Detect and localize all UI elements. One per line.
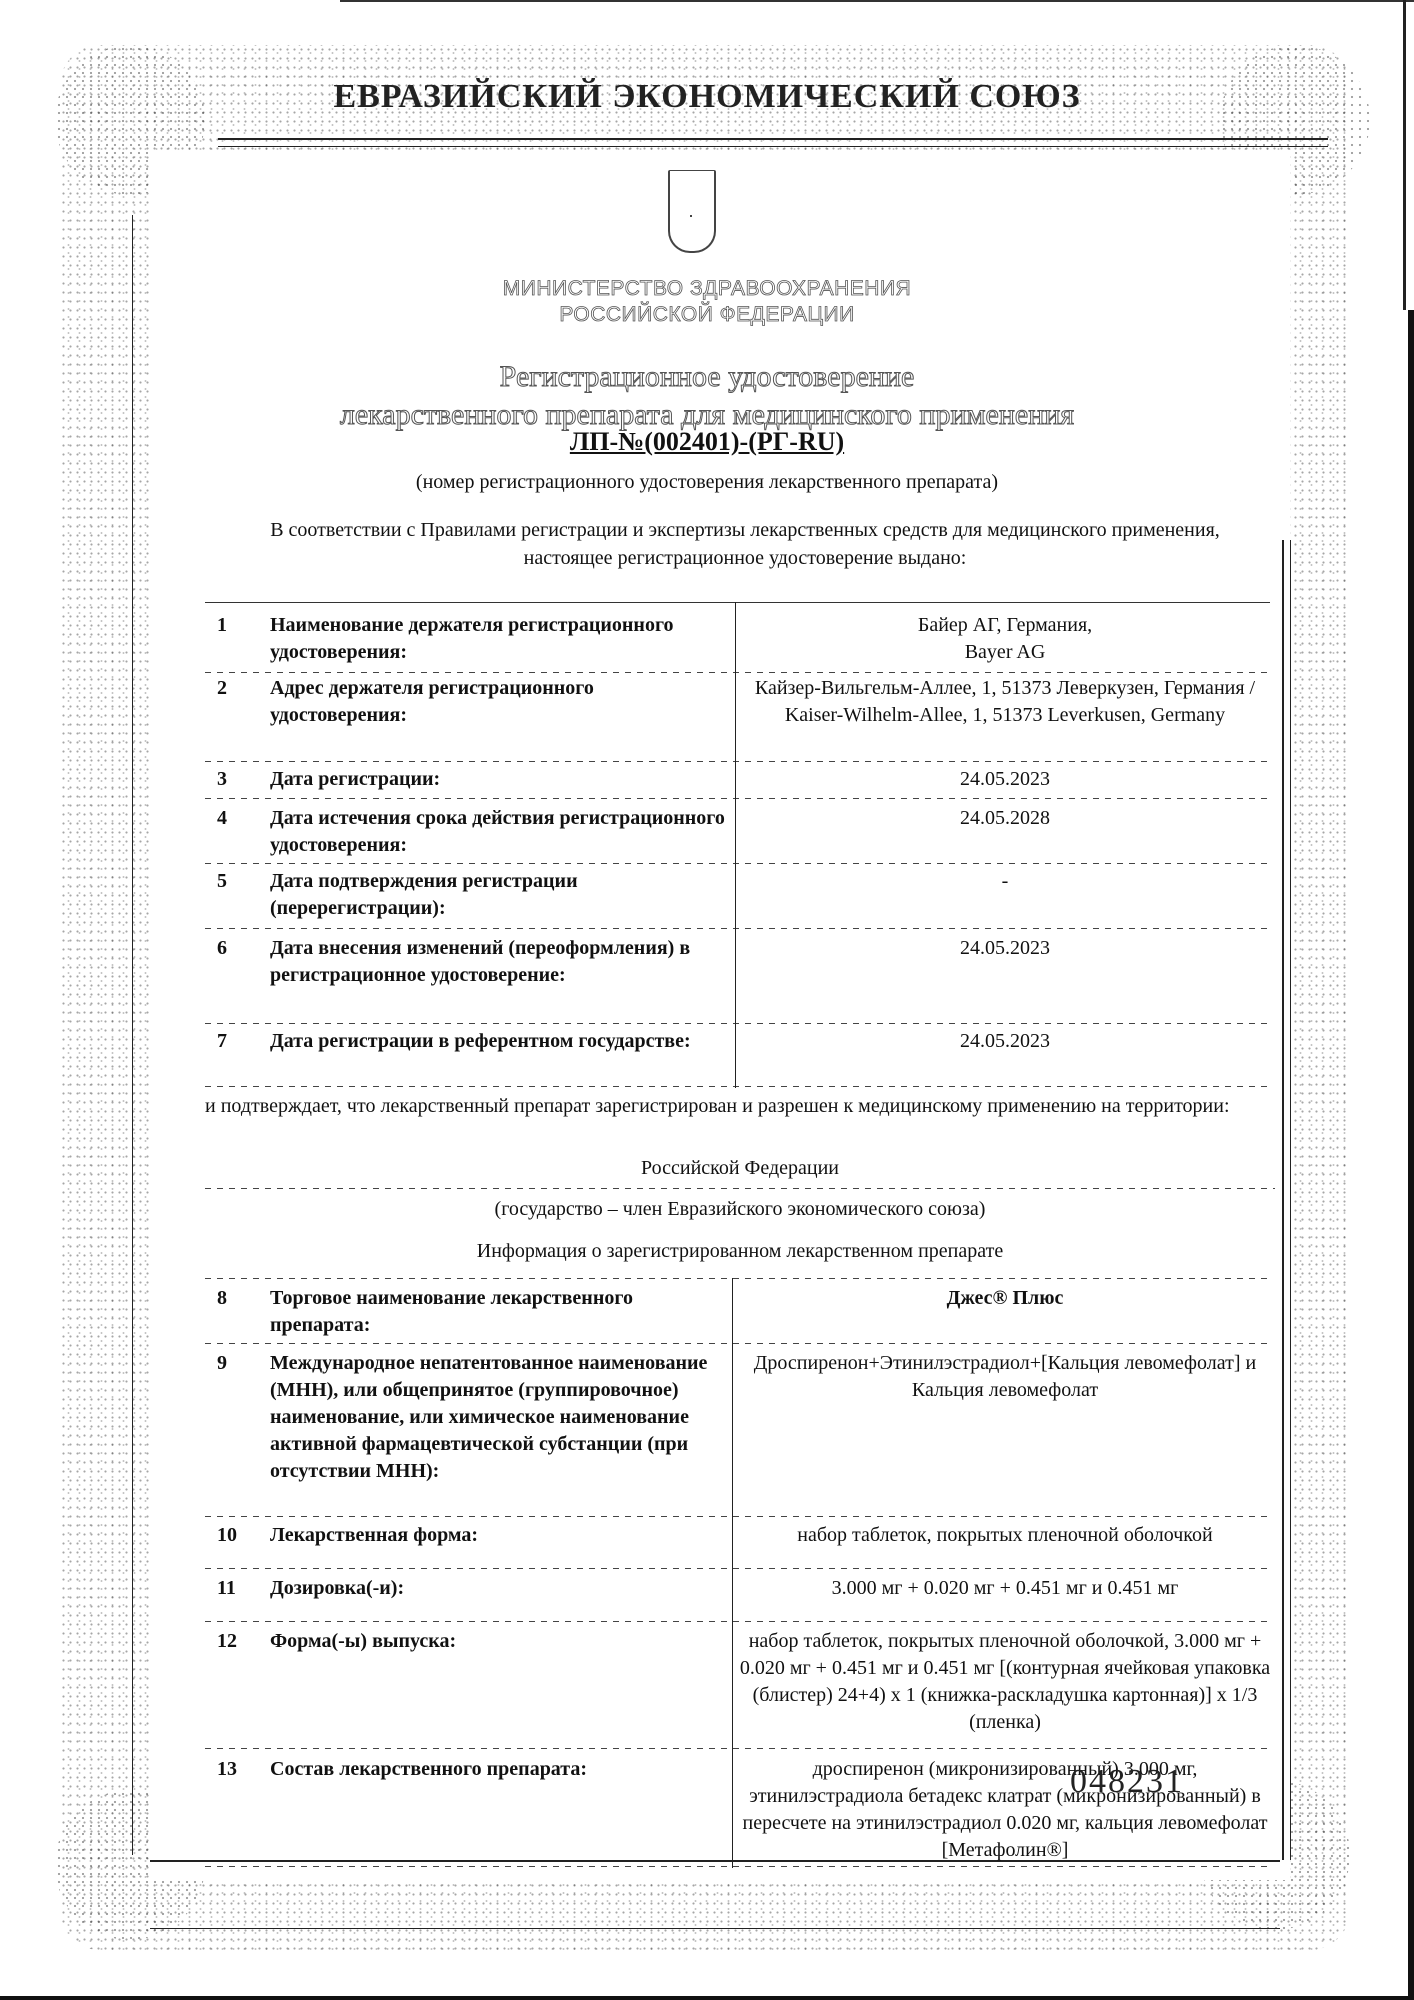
row-label: Дата истечения срока действия регистраци…: [270, 805, 730, 859]
table-top-border: [205, 1278, 1270, 1279]
serial-number: 048231: [1070, 1763, 1184, 1801]
row-separator: [205, 1621, 1270, 1622]
certificate-title: Регистрационное удостоверение лекарствен…: [0, 358, 1414, 434]
row-label: Состав лекарственного препарата:: [270, 1756, 730, 1783]
frame-line-right-outer: [1290, 540, 1291, 1860]
row-separator: [205, 1343, 1270, 1344]
ministry-name: МИНИСТЕРСТВО ЗДРАВООХРАНЕНИЯ РОССИЙСКОЙ …: [0, 276, 1414, 328]
row-separator: [205, 1086, 1270, 1087]
row-label: Наименование держателя регистрационного …: [270, 612, 730, 666]
confirmation-text: и подтверждает, что лекарственный препар…: [205, 1093, 1275, 1120]
column-divider: [735, 602, 736, 1088]
row-label: Дозировка(-и):: [270, 1575, 730, 1602]
territory-underline: [205, 1188, 1275, 1189]
row-separator: [205, 1516, 1270, 1517]
certificate-title-line-1: Регистрационное удостоверение: [0, 358, 1414, 396]
row-label: Форма(-ы) выпуска:: [270, 1628, 730, 1655]
row-number: 4: [217, 805, 247, 832]
row-separator: [205, 928, 1270, 929]
table-top-border: [205, 602, 1270, 603]
intro-text: В соответствии с Правилами регистрации и…: [240, 516, 1250, 572]
row-label: Лекарственная форма:: [270, 1522, 730, 1549]
row-value: Кайзер-Вильгельм-Аллее, 1, 51373 Леверку…: [735, 675, 1275, 729]
row-number: 13: [217, 1756, 247, 1783]
row-separator: [205, 1568, 1270, 1569]
row-number: 9: [217, 1350, 247, 1377]
section-title: Информация о зарегистрированном лекарств…: [205, 1238, 1275, 1265]
row-label: Адрес держателя регистрационного удостов…: [270, 675, 730, 729]
row-separator: [205, 1866, 1270, 1867]
row-separator: [205, 1023, 1270, 1024]
row-value: Байер АГ, Германия, Bayer AG: [735, 612, 1275, 666]
frame-line-bottom-outer: [150, 1928, 1280, 1929]
row-value: 24.05.2023: [735, 1028, 1275, 1055]
row-label: Дата подтверждения регистрации (перереги…: [270, 868, 730, 922]
row-label: Международное непатентованное наименован…: [270, 1350, 730, 1485]
row-value: набор таблеток, покрытых пленочной оболо…: [735, 1628, 1275, 1736]
row-value: 24.05.2023: [735, 766, 1275, 793]
row-label: Торговое наименование лекарственного пре…: [270, 1285, 730, 1339]
row-number: 7: [217, 1028, 247, 1055]
row-value: 24.05.2023: [735, 935, 1275, 962]
frame-line-top: [218, 138, 1328, 140]
row-value: набор таблеток, покрытых пленочной оболо…: [735, 1522, 1275, 1549]
column-divider: [732, 1278, 733, 1868]
frame-line-right: [1282, 540, 1284, 1860]
row-value: -: [735, 868, 1275, 895]
row-label: Дата регистрации:: [270, 766, 730, 793]
frame-line-left: [132, 215, 133, 1855]
ministry-line-1: МИНИСТЕРСТВО ЗДРАВООХРАНЕНИЯ: [0, 276, 1414, 302]
territory-caption: (государство – член Евразийского экономи…: [205, 1196, 1275, 1223]
row-value: 24.05.2028: [735, 805, 1275, 832]
scan-edge-bottom: [0, 1996, 1414, 2000]
row-separator: [205, 672, 1270, 673]
coat-of-arms-emblem-icon: [668, 170, 716, 253]
row-number: 1: [217, 612, 247, 639]
scan-edge-top: [340, 0, 1414, 2]
ministry-line-2: РОССИЙСКОЙ ФЕДЕРАЦИИ: [0, 302, 1414, 328]
row-label: Дата внесения изменений (переоформления)…: [270, 935, 730, 989]
row-number: 10: [217, 1522, 247, 1549]
row-separator: [205, 1748, 1270, 1749]
row-number: 12: [217, 1628, 247, 1655]
frame-line-top-inner: [218, 146, 1328, 147]
row-number: 8: [217, 1285, 247, 1312]
scan-edge-right: [1408, 310, 1414, 2000]
scan-edge-right-top: [1403, 0, 1406, 310]
row-number: 3: [217, 766, 247, 793]
row-number: 11: [217, 1575, 247, 1602]
row-value: дроспиренон (микронизированный) 3.000 мг…: [735, 1756, 1275, 1864]
row-value: 3.000 мг + 0.020 мг + 0.451 мг и 0.451 м…: [735, 1575, 1275, 1602]
certificate-number-caption: (номер регистрационного удостоверения ле…: [0, 471, 1414, 494]
row-separator: [205, 863, 1270, 864]
row-separator: [205, 761, 1270, 762]
row-value: Джес® Плюс: [735, 1285, 1275, 1312]
union-title: ЕВРАЗИЙСКИЙ ЭКОНОМИЧЕСКИЙ СОЮЗ: [0, 78, 1414, 116]
row-separator: [205, 798, 1270, 799]
row-value: Дроспиренон+Этинилэстрадиол+[Кальция лев…: [735, 1350, 1275, 1404]
row-label: Дата регистрации в референтном государст…: [270, 1028, 730, 1055]
certificate-number: ЛП-№(002401)-(РГ-RU): [0, 427, 1414, 457]
row-number: 6: [217, 935, 247, 962]
row-number: 2: [217, 675, 247, 702]
territory-value: Российской Федерации: [205, 1155, 1275, 1182]
row-number: 5: [217, 868, 247, 895]
